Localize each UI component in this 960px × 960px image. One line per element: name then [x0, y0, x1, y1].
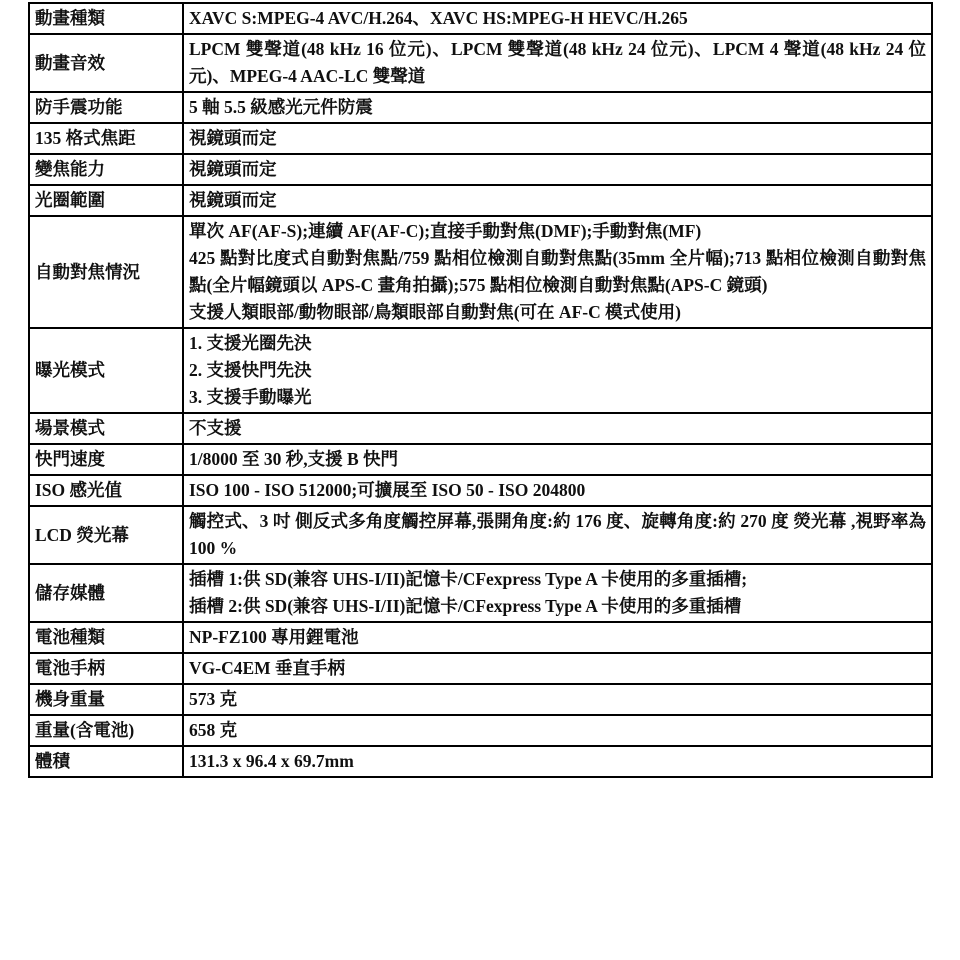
- row-value: ISO 100 - ISO 512000;可擴展至 ISO 50 - ISO 2…: [183, 475, 932, 506]
- row-value-line: NP-FZ100 專用鋰電池: [189, 624, 926, 651]
- row-value-line: 658 克: [189, 717, 926, 744]
- row-label: 機身重量: [29, 684, 183, 715]
- row-value: 插槽 1:供 SD(兼容 UHS-I/II)記憶卡/CFexpress Type…: [183, 564, 932, 622]
- row-value-line: 573 克: [189, 686, 926, 713]
- table-row: 電池種類NP-FZ100 專用鋰電池: [29, 622, 932, 653]
- row-label: 快門速度: [29, 444, 183, 475]
- row-label: 曝光模式: [29, 328, 183, 413]
- table-row: 機身重量573 克: [29, 684, 932, 715]
- row-value: XAVC S:MPEG-4 AVC/H.264、XAVC HS:MPEG-H H…: [183, 3, 932, 34]
- row-value-line: 插槽 1:供 SD(兼容 UHS-I/II)記憶卡/CFexpress Type…: [189, 566, 926, 593]
- row-value: VG-C4EM 垂直手柄: [183, 653, 932, 684]
- row-value-line: 1/8000 至 30 秒,支援 B 快門: [189, 446, 926, 473]
- row-label: 135 格式焦距: [29, 123, 183, 154]
- row-label: 變焦能力: [29, 154, 183, 185]
- table-row: 電池手柄VG-C4EM 垂直手柄: [29, 653, 932, 684]
- row-label: 體積: [29, 746, 183, 777]
- row-value-line: 不支援: [189, 415, 926, 442]
- table-row: 135 格式焦距視鏡頭而定: [29, 123, 932, 154]
- row-value-line: 插槽 2:供 SD(兼容 UHS-I/II)記憶卡/CFexpress Type…: [189, 593, 926, 620]
- spec-table: 動畫種類XAVC S:MPEG-4 AVC/H.264、XAVC HS:MPEG…: [28, 2, 933, 778]
- row-label: 動畫種類: [29, 3, 183, 34]
- row-value-line: 視鏡頭而定: [189, 125, 926, 152]
- row-label: 電池種類: [29, 622, 183, 653]
- row-label: LCD 熒光幕: [29, 506, 183, 564]
- row-value-line: 2. 支援快門先決: [189, 357, 926, 384]
- row-label: 電池手柄: [29, 653, 183, 684]
- row-value: NP-FZ100 專用鋰電池: [183, 622, 932, 653]
- row-label: 儲存媒體: [29, 564, 183, 622]
- row-value: 131.3 x 96.4 x 69.7mm: [183, 746, 932, 777]
- row-label: 光圈範圍: [29, 185, 183, 216]
- table-row: 曝光模式1. 支援光圈先決2. 支援快門先決3. 支援手動曝光: [29, 328, 932, 413]
- table-row: 自動對焦情況單次 AF(AF-S);連續 AF(AF-C);直接手動對焦(DMF…: [29, 216, 932, 328]
- row-label: 自動對焦情況: [29, 216, 183, 328]
- table-row: 光圈範圍視鏡頭而定: [29, 185, 932, 216]
- row-value-line: 5 軸 5.5 級感光元件防震: [189, 94, 926, 121]
- row-value: 不支援: [183, 413, 932, 444]
- row-value: 1. 支援光圈先決2. 支援快門先決3. 支援手動曝光: [183, 328, 932, 413]
- row-label: 防手震功能: [29, 92, 183, 123]
- table-row: 動畫種類XAVC S:MPEG-4 AVC/H.264、XAVC HS:MPEG…: [29, 3, 932, 34]
- table-row: 快門速度1/8000 至 30 秒,支援 B 快門: [29, 444, 932, 475]
- row-value: 573 克: [183, 684, 932, 715]
- table-row: 儲存媒體插槽 1:供 SD(兼容 UHS-I/II)記憶卡/CFexpress …: [29, 564, 932, 622]
- row-value-line: 131.3 x 96.4 x 69.7mm: [189, 748, 926, 775]
- row-label: ISO 感光值: [29, 475, 183, 506]
- row-label: 重量(含電池): [29, 715, 183, 746]
- row-value: 視鏡頭而定: [183, 154, 932, 185]
- row-value: 視鏡頭而定: [183, 123, 932, 154]
- table-row: LCD 熒光幕觸控式、3 吋 側反式多角度觸控屏幕,張開角度:約 176 度、旋…: [29, 506, 932, 564]
- table-row: 場景模式不支援: [29, 413, 932, 444]
- row-value-line: 3. 支援手動曝光: [189, 384, 926, 411]
- table-row: 動畫音效LPCM 雙聲道(48 kHz 16 位元)、LPCM 雙聲道(48 k…: [29, 34, 932, 92]
- row-label: 動畫音效: [29, 34, 183, 92]
- row-value-line: VG-C4EM 垂直手柄: [189, 655, 926, 682]
- row-value-line: 支援人類眼部/動物眼部/鳥類眼部自動對焦(可在 AF-C 模式使用): [189, 299, 926, 326]
- row-value: 觸控式、3 吋 側反式多角度觸控屏幕,張開角度:約 176 度、旋轉角度:約 2…: [183, 506, 932, 564]
- row-value-line: 視鏡頭而定: [189, 156, 926, 183]
- table-row: ISO 感光值ISO 100 - ISO 512000;可擴展至 ISO 50 …: [29, 475, 932, 506]
- table-row: 體積131.3 x 96.4 x 69.7mm: [29, 746, 932, 777]
- table-row: 防手震功能5 軸 5.5 級感光元件防震: [29, 92, 932, 123]
- row-value: 視鏡頭而定: [183, 185, 932, 216]
- table-row: 重量(含電池)658 克: [29, 715, 932, 746]
- row-value-line: ISO 100 - ISO 512000;可擴展至 ISO 50 - ISO 2…: [189, 477, 926, 504]
- spec-table-body: 動畫種類XAVC S:MPEG-4 AVC/H.264、XAVC HS:MPEG…: [29, 3, 932, 777]
- row-value-line: 視鏡頭而定: [189, 187, 926, 214]
- row-value-line: 1. 支援光圈先決: [189, 330, 926, 357]
- table-row: 變焦能力視鏡頭而定: [29, 154, 932, 185]
- row-value: 單次 AF(AF-S);連續 AF(AF-C);直接手動對焦(DMF);手動對焦…: [183, 216, 932, 328]
- row-value-line: 觸控式、3 吋 側反式多角度觸控屏幕,張開角度:約 176 度、旋轉角度:約 2…: [189, 508, 926, 562]
- row-value-line: 單次 AF(AF-S);連續 AF(AF-C);直接手動對焦(DMF);手動對焦…: [189, 218, 926, 245]
- row-value: 5 軸 5.5 級感光元件防震: [183, 92, 932, 123]
- row-value: 658 克: [183, 715, 932, 746]
- row-value-line: XAVC S:MPEG-4 AVC/H.264、XAVC HS:MPEG-H H…: [189, 5, 926, 32]
- row-value: LPCM 雙聲道(48 kHz 16 位元)、LPCM 雙聲道(48 kHz 2…: [183, 34, 932, 92]
- row-value-line: 425 點對比度式自動對焦點/759 點相位檢測自動對焦點(35mm 全片幅);…: [189, 245, 926, 299]
- row-value-line: LPCM 雙聲道(48 kHz 16 位元)、LPCM 雙聲道(48 kHz 2…: [189, 36, 926, 90]
- row-value: 1/8000 至 30 秒,支援 B 快門: [183, 444, 932, 475]
- document-page: 動畫種類XAVC S:MPEG-4 AVC/H.264、XAVC HS:MPEG…: [0, 0, 960, 960]
- row-label: 場景模式: [29, 413, 183, 444]
